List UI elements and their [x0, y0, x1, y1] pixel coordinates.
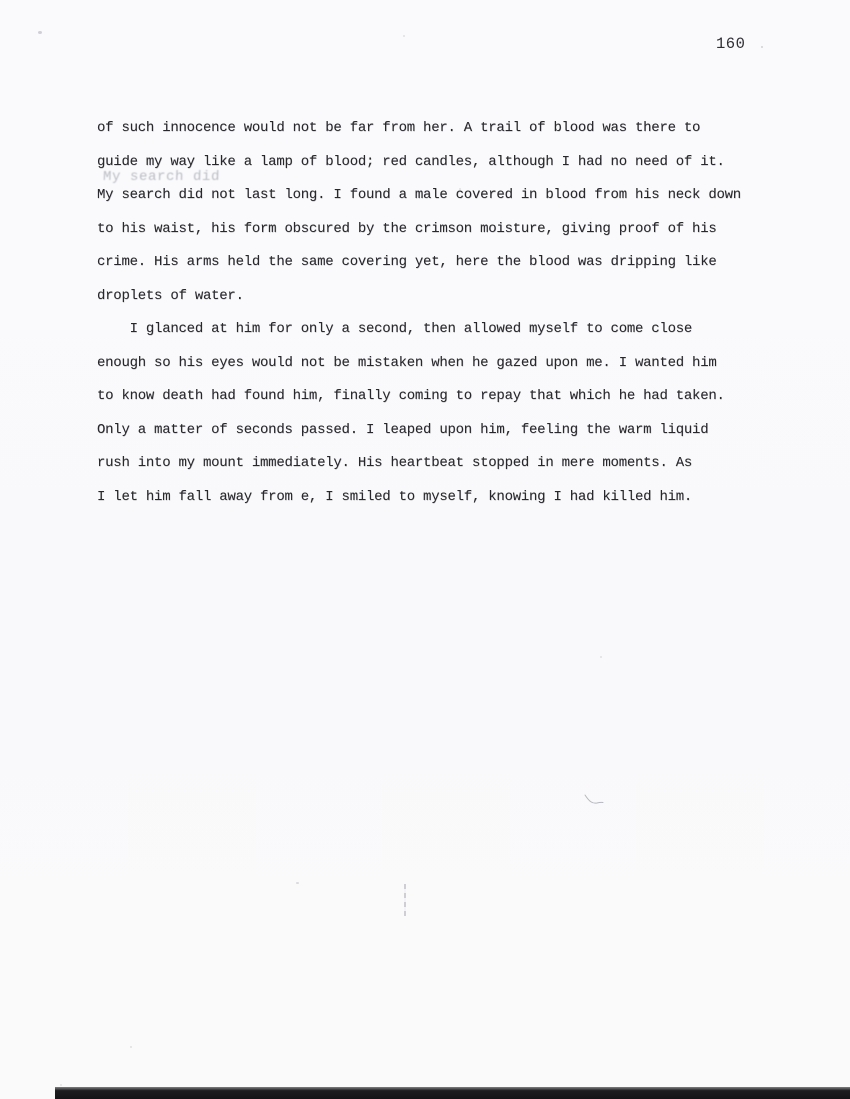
typed-line: Only a matter of seconds passed. I leape… — [97, 414, 797, 448]
typed-line: rush into my mount immediately. His hear… — [97, 447, 797, 481]
typed-line: enough so his eyes would not be mistaken… — [97, 347, 797, 381]
page-number: 160 — [716, 35, 745, 53]
scan-speck — [296, 882, 299, 884]
scan-edge-bar — [55, 1087, 850, 1099]
typed-line: crime. His arms held the same covering y… — [97, 246, 797, 280]
scan-speck — [60, 1084, 62, 1086]
stray-squiggle-mark — [583, 793, 605, 807]
typed-line: My search did not last long. I found a m… — [97, 179, 797, 213]
typed-line: of such innocence would not be far from … — [97, 112, 797, 146]
typed-line: guide my way like a lamp of blood; red c… — [97, 146, 797, 180]
typed-text-block: of such innocence would not be far from … — [97, 112, 797, 514]
scanned-document-page: 160 My search did of such innocence woul… — [0, 0, 850, 1099]
typed-line: to his waist, his form obscured by the c… — [97, 213, 797, 247]
scan-speck — [130, 1046, 132, 1048]
scan-speck — [761, 46, 763, 48]
typed-line: droplets of water. — [97, 280, 797, 314]
scan-speck — [459, 188, 461, 190]
typed-line: I glanced at him for only a second, then… — [97, 313, 797, 347]
typed-line: I let him fall away from e, I smiled to … — [97, 481, 797, 515]
scan-speck — [38, 31, 42, 34]
stray-vertical-mark — [404, 884, 406, 916]
scan-speck — [403, 35, 405, 37]
scan-speck — [600, 656, 602, 658]
typed-line: to know death had found him, finally com… — [97, 380, 797, 414]
